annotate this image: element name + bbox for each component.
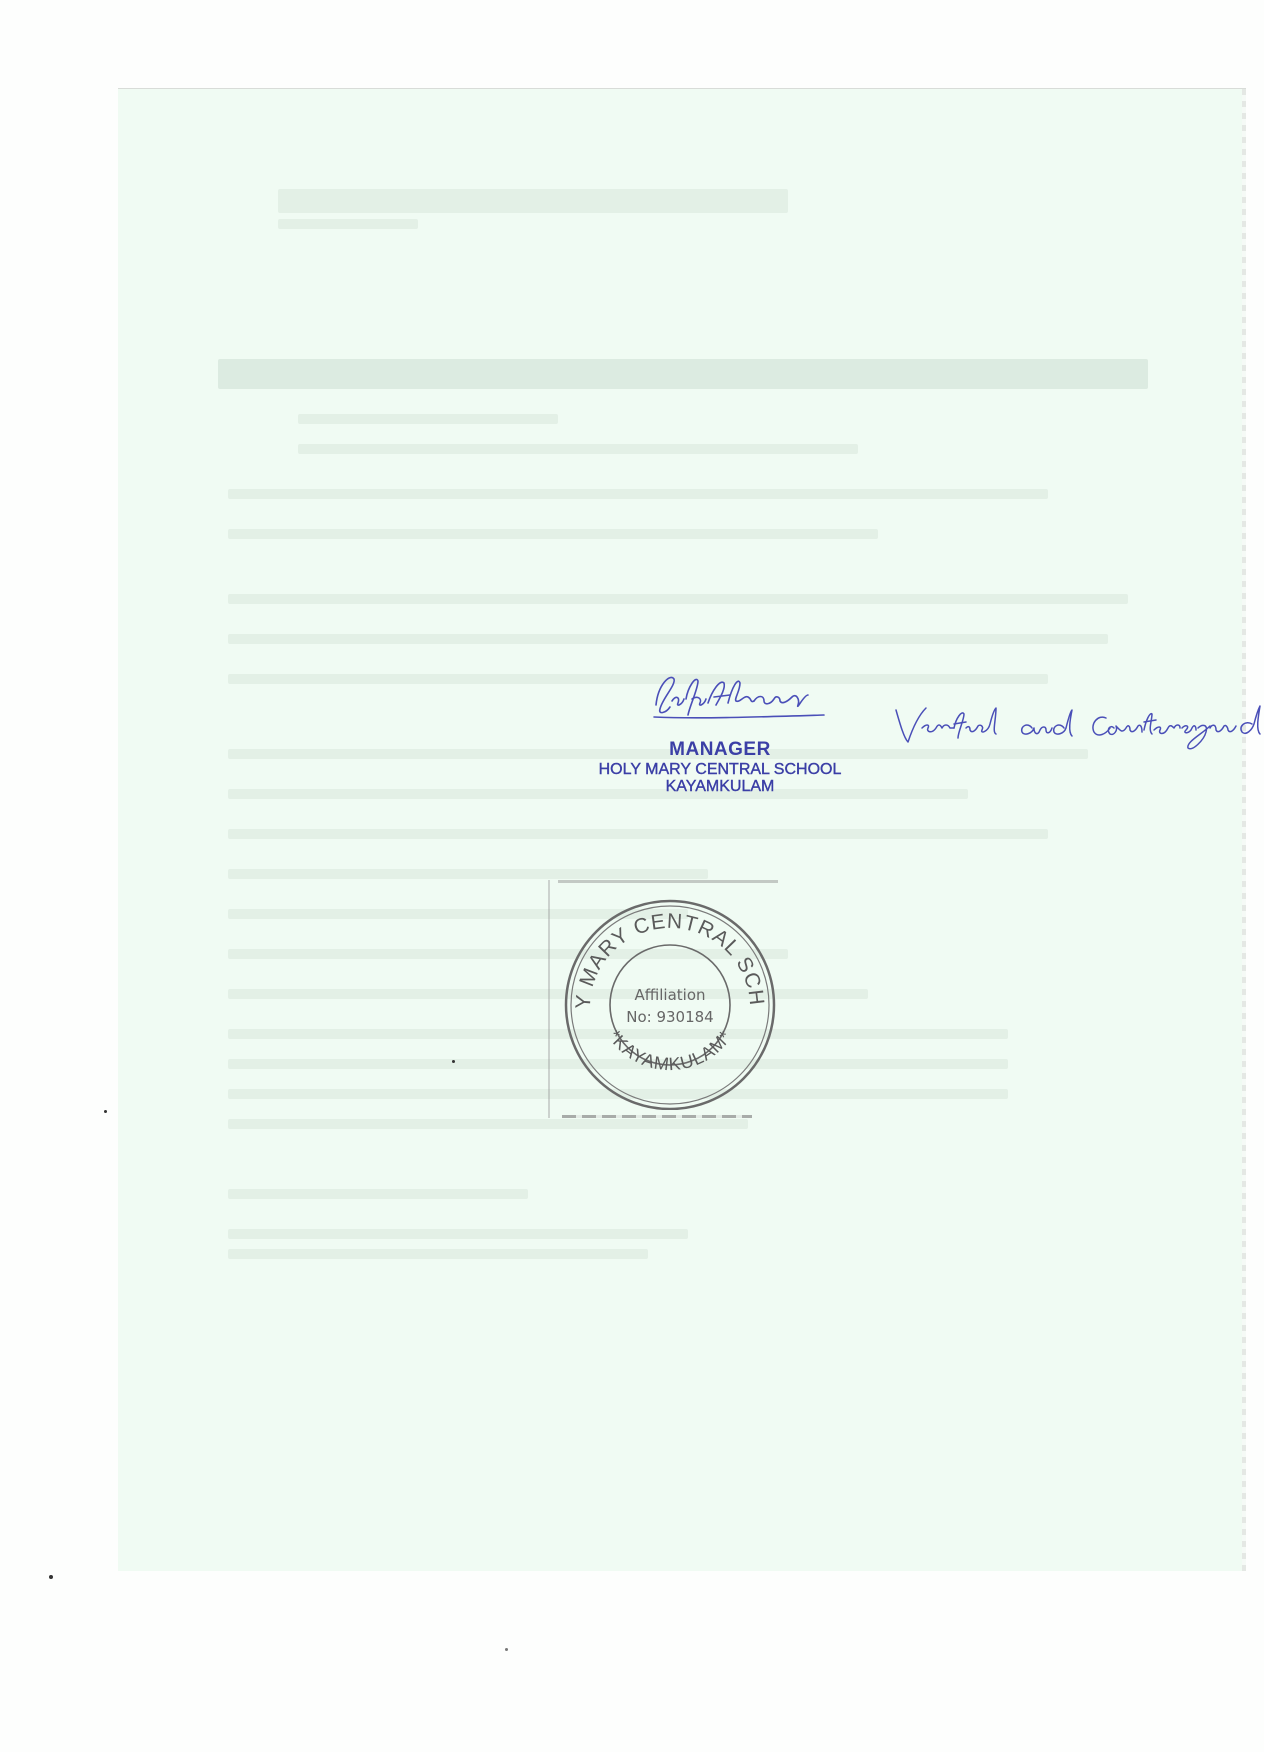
ghost-text-line: [228, 529, 878, 539]
scan-speck: [505, 1648, 508, 1651]
ghost-text-line: [228, 829, 1048, 839]
ghost-text-line: [228, 594, 1128, 604]
ghost-text-line: [228, 1229, 688, 1239]
manager-signature: [648, 665, 828, 725]
svg-text:*KAYAMKULAM*: *KAYAMKULAM*: [604, 1026, 736, 1074]
scan-speck: [104, 1110, 107, 1113]
manager-title: MANAGER: [560, 740, 880, 761]
ghost-text-line: [278, 219, 418, 229]
seal-affiliation-label: Affiliation: [634, 986, 705, 1004]
scan-speck: [49, 1575, 53, 1579]
ghost-text-line: [278, 189, 788, 213]
seal-outer-bottom-text: *KAYAMKULAM*: [604, 1026, 736, 1074]
manager-place: KAYAMKULAM: [560, 778, 880, 796]
ghost-text-line: [228, 1249, 648, 1259]
manager-school-name: HOLY MARY CENTRAL SCHOOL: [560, 761, 880, 779]
ghost-text-line: [298, 414, 558, 424]
scan-speck: [452, 1060, 455, 1063]
ghost-text-line: [228, 489, 1048, 499]
school-seal-area: HOLY MARY CENTRAL SCHOOL *KAYAMKULAM* Af…: [548, 880, 788, 1118]
ghost-header-band: [218, 359, 1148, 389]
manager-stamp-block: MANAGER HOLY MARY CENTRAL SCHOOL KAYAMKU…: [560, 740, 880, 796]
ghost-text-line: [228, 869, 708, 879]
ghost-text-line: [228, 634, 1108, 644]
seal-affiliation-number: No: 930184: [626, 1008, 713, 1026]
ghost-text-line: [228, 1119, 748, 1129]
stamp-smear: [558, 880, 778, 883]
ghost-text-line: [228, 1189, 528, 1199]
stamp-smear: [562, 1115, 752, 1118]
scanned-page: [118, 88, 1246, 1571]
paper-perforated-edge: [1242, 89, 1246, 1571]
ghost-text-line: [298, 444, 858, 454]
school-seal: HOLY MARY CENTRAL SCHOOL *KAYAMKULAM* Af…: [560, 890, 780, 1110]
handwritten-verified-note: Verified and countersigned: [892, 680, 1262, 750]
